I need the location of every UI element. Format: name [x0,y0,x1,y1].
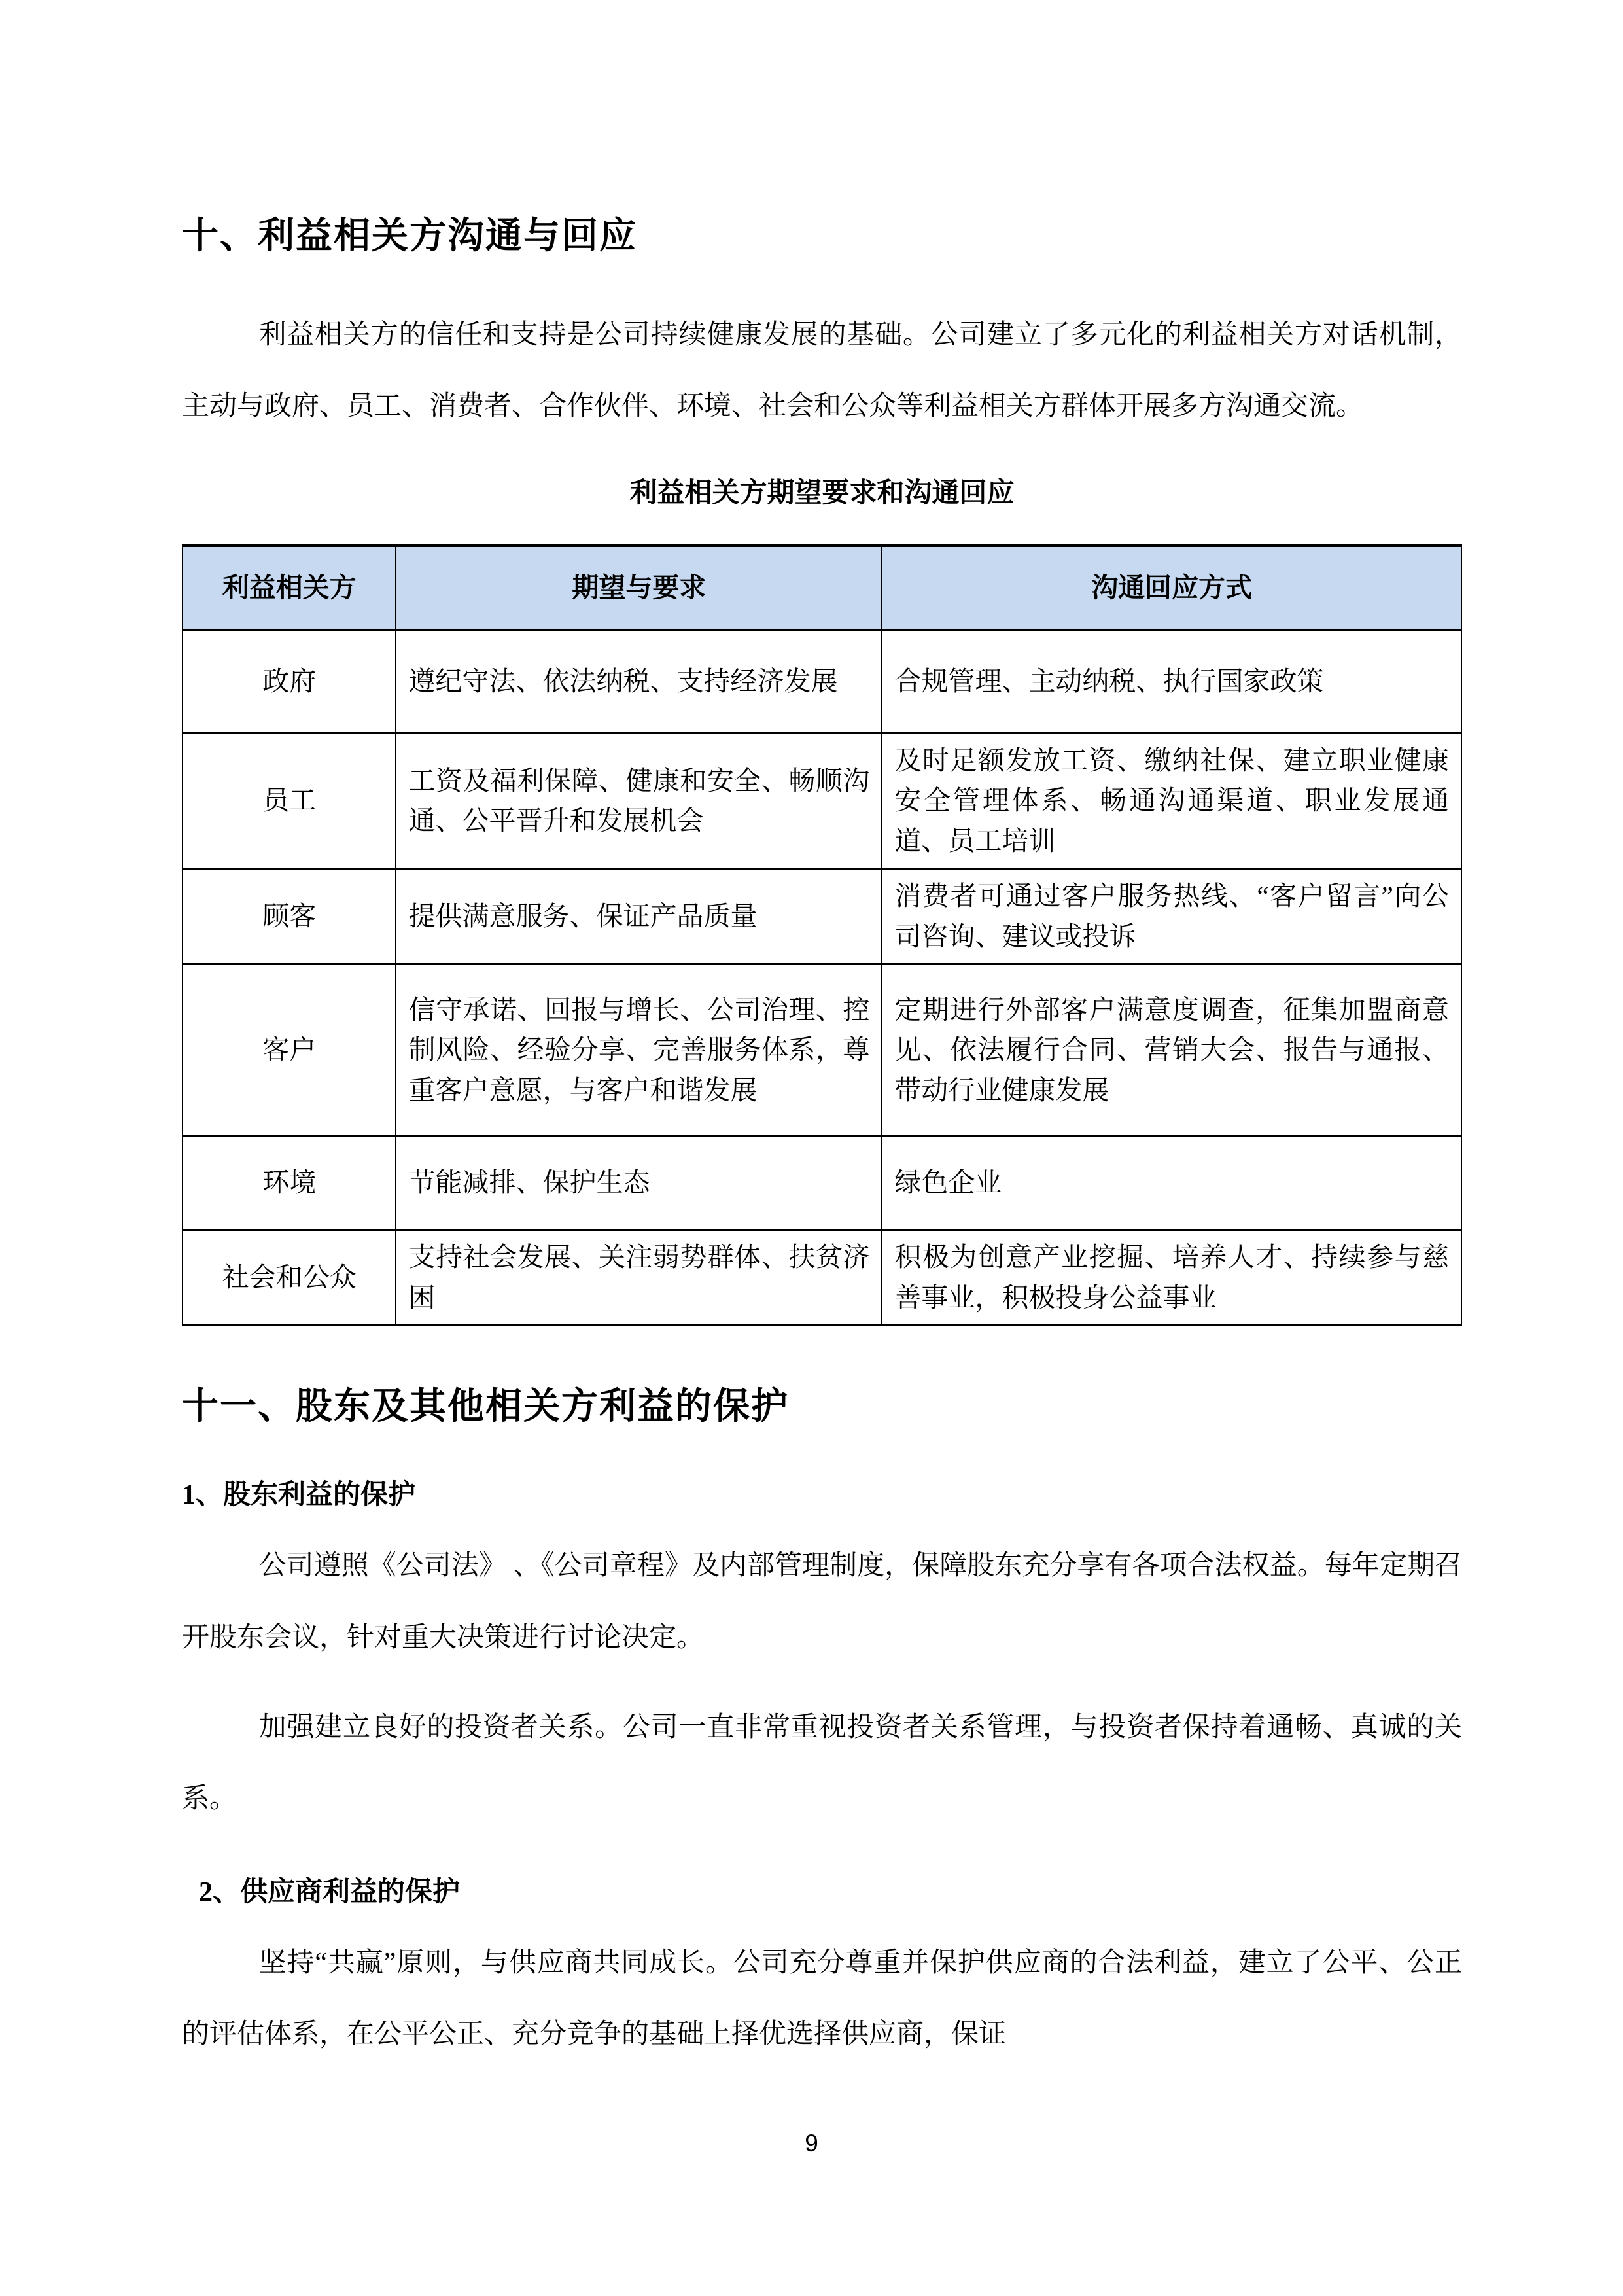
response-cell: 消费者可通过客户服务热线、“客户留言”向公司咨询、建议或投诉 [882,869,1461,964]
table-row: 顾客 提供满意服务、保证产品质量 消费者可通过客户服务热线、“客户留言”向公司咨… [183,869,1461,964]
stakeholder-table: 利益相关方 期望与要求 沟通回应方式 政府 遵纪守法、依法纳税、支持经济发展 合… [182,544,1462,1326]
stakeholder-table-title: 利益相关方期望要求和沟通回应 [182,471,1462,510]
shareholder-paragraph-1: 公司遵照《公司法》 、《公司章程》及内部管理制度，保障股东充分享有各项合法权益。… [182,1530,1462,1673]
shareholder-paragraph-2: 加强建立良好的投资者关系。公司一直非常重视投资者关系管理，与投资者保持着通畅、真… [182,1692,1462,1835]
table-row: 政府 遵纪守法、依法纳税、支持经济发展 合规管理、主动纳税、执行国家政策 [183,629,1461,733]
stakeholder-cell: 客户 [183,964,396,1136]
response-cell: 绿色企业 [882,1136,1461,1230]
expectation-cell: 节能减排、保护生态 [396,1136,882,1230]
page-number: 9 [0,2130,1623,2157]
document-page: 十、利益相关方沟通与回应 利益相关方的信任和支持是公司持续健康发展的基础。公司建… [0,0,1623,2296]
table-row: 环境 节能减排、保护生态 绿色企业 [183,1136,1461,1230]
header-cell-response: 沟通回应方式 [882,546,1461,629]
expectation-cell: 支持社会发展、关注弱势群体、扶贫济困 [396,1230,882,1326]
subsection-2-title: 2、供应商利益的保护 [182,1870,1462,1909]
stakeholder-cell: 员工 [183,733,396,869]
expectation-cell: 提供满意服务、保证产品质量 [396,869,882,964]
stakeholder-cell: 顾客 [183,869,396,964]
response-cell: 定期进行外部客户满意度调查，征集加盟商意见、依法履行合同、营销大会、报告与通报、… [882,964,1461,1136]
section-11-heading: 十一、股东及其他相关方利益的保护 [182,1377,1462,1430]
stakeholder-cell: 社会和公众 [183,1230,396,1326]
stakeholder-cell: 环境 [183,1136,396,1230]
table-row: 社会和公众 支持社会发展、关注弱势群体、扶贫济困 积极为创意产业挖掘、培养人才、… [183,1230,1461,1326]
table-header-row: 利益相关方 期望与要求 沟通回应方式 [183,546,1461,629]
table-row: 员工 工资及福利保障、健康和安全、畅顺沟通、公平晋升和发展机会 及时足额发放工资… [183,733,1461,869]
expectation-cell: 遵纪守法、依法纳税、支持经济发展 [396,629,882,733]
expectation-cell: 信守承诺、回报与增长、公司治理、控制风险、经验分享、完善服务体系，尊重客户意愿，… [396,964,882,1136]
page-content: 十、利益相关方沟通与回应 利益相关方的信任和支持是公司持续健康发展的基础。公司建… [0,0,1623,2071]
section-10-heading: 十、利益相关方沟通与回应 [182,0,1462,259]
response-cell: 积极为创意产业挖掘、培养人才、持续参与慈善事业，积极投身公益事业 [882,1230,1461,1326]
header-cell-expectation: 期望与要求 [396,546,882,629]
response-cell: 合规管理、主动纳税、执行国家政策 [882,629,1461,733]
response-cell: 及时足额发放工资、缴纳社保、建立职业健康安全管理体系、畅通沟通渠道、职业发展通道… [882,733,1461,869]
header-cell-stakeholder: 利益相关方 [183,546,396,629]
section-10-intro-paragraph: 利益相关方的信任和支持是公司持续健康发展的基础。公司建立了多元化的利益相关方对话… [182,300,1462,442]
stakeholder-cell: 政府 [183,629,396,733]
expectation-cell: 工资及福利保障、健康和安全、畅顺沟通、公平晋升和发展机会 [396,733,882,869]
supplier-paragraph-1: 坚持“共赢”原则，与供应商共同成长。公司充分尊重并保护供应商的合法利益，建立了公… [182,1928,1462,2070]
subsection-1-title: 1、股东利益的保护 [182,1473,1462,1512]
table-row: 客户 信守承诺、回报与增长、公司治理、控制风险、经验分享、完善服务体系，尊重客户… [183,964,1461,1136]
